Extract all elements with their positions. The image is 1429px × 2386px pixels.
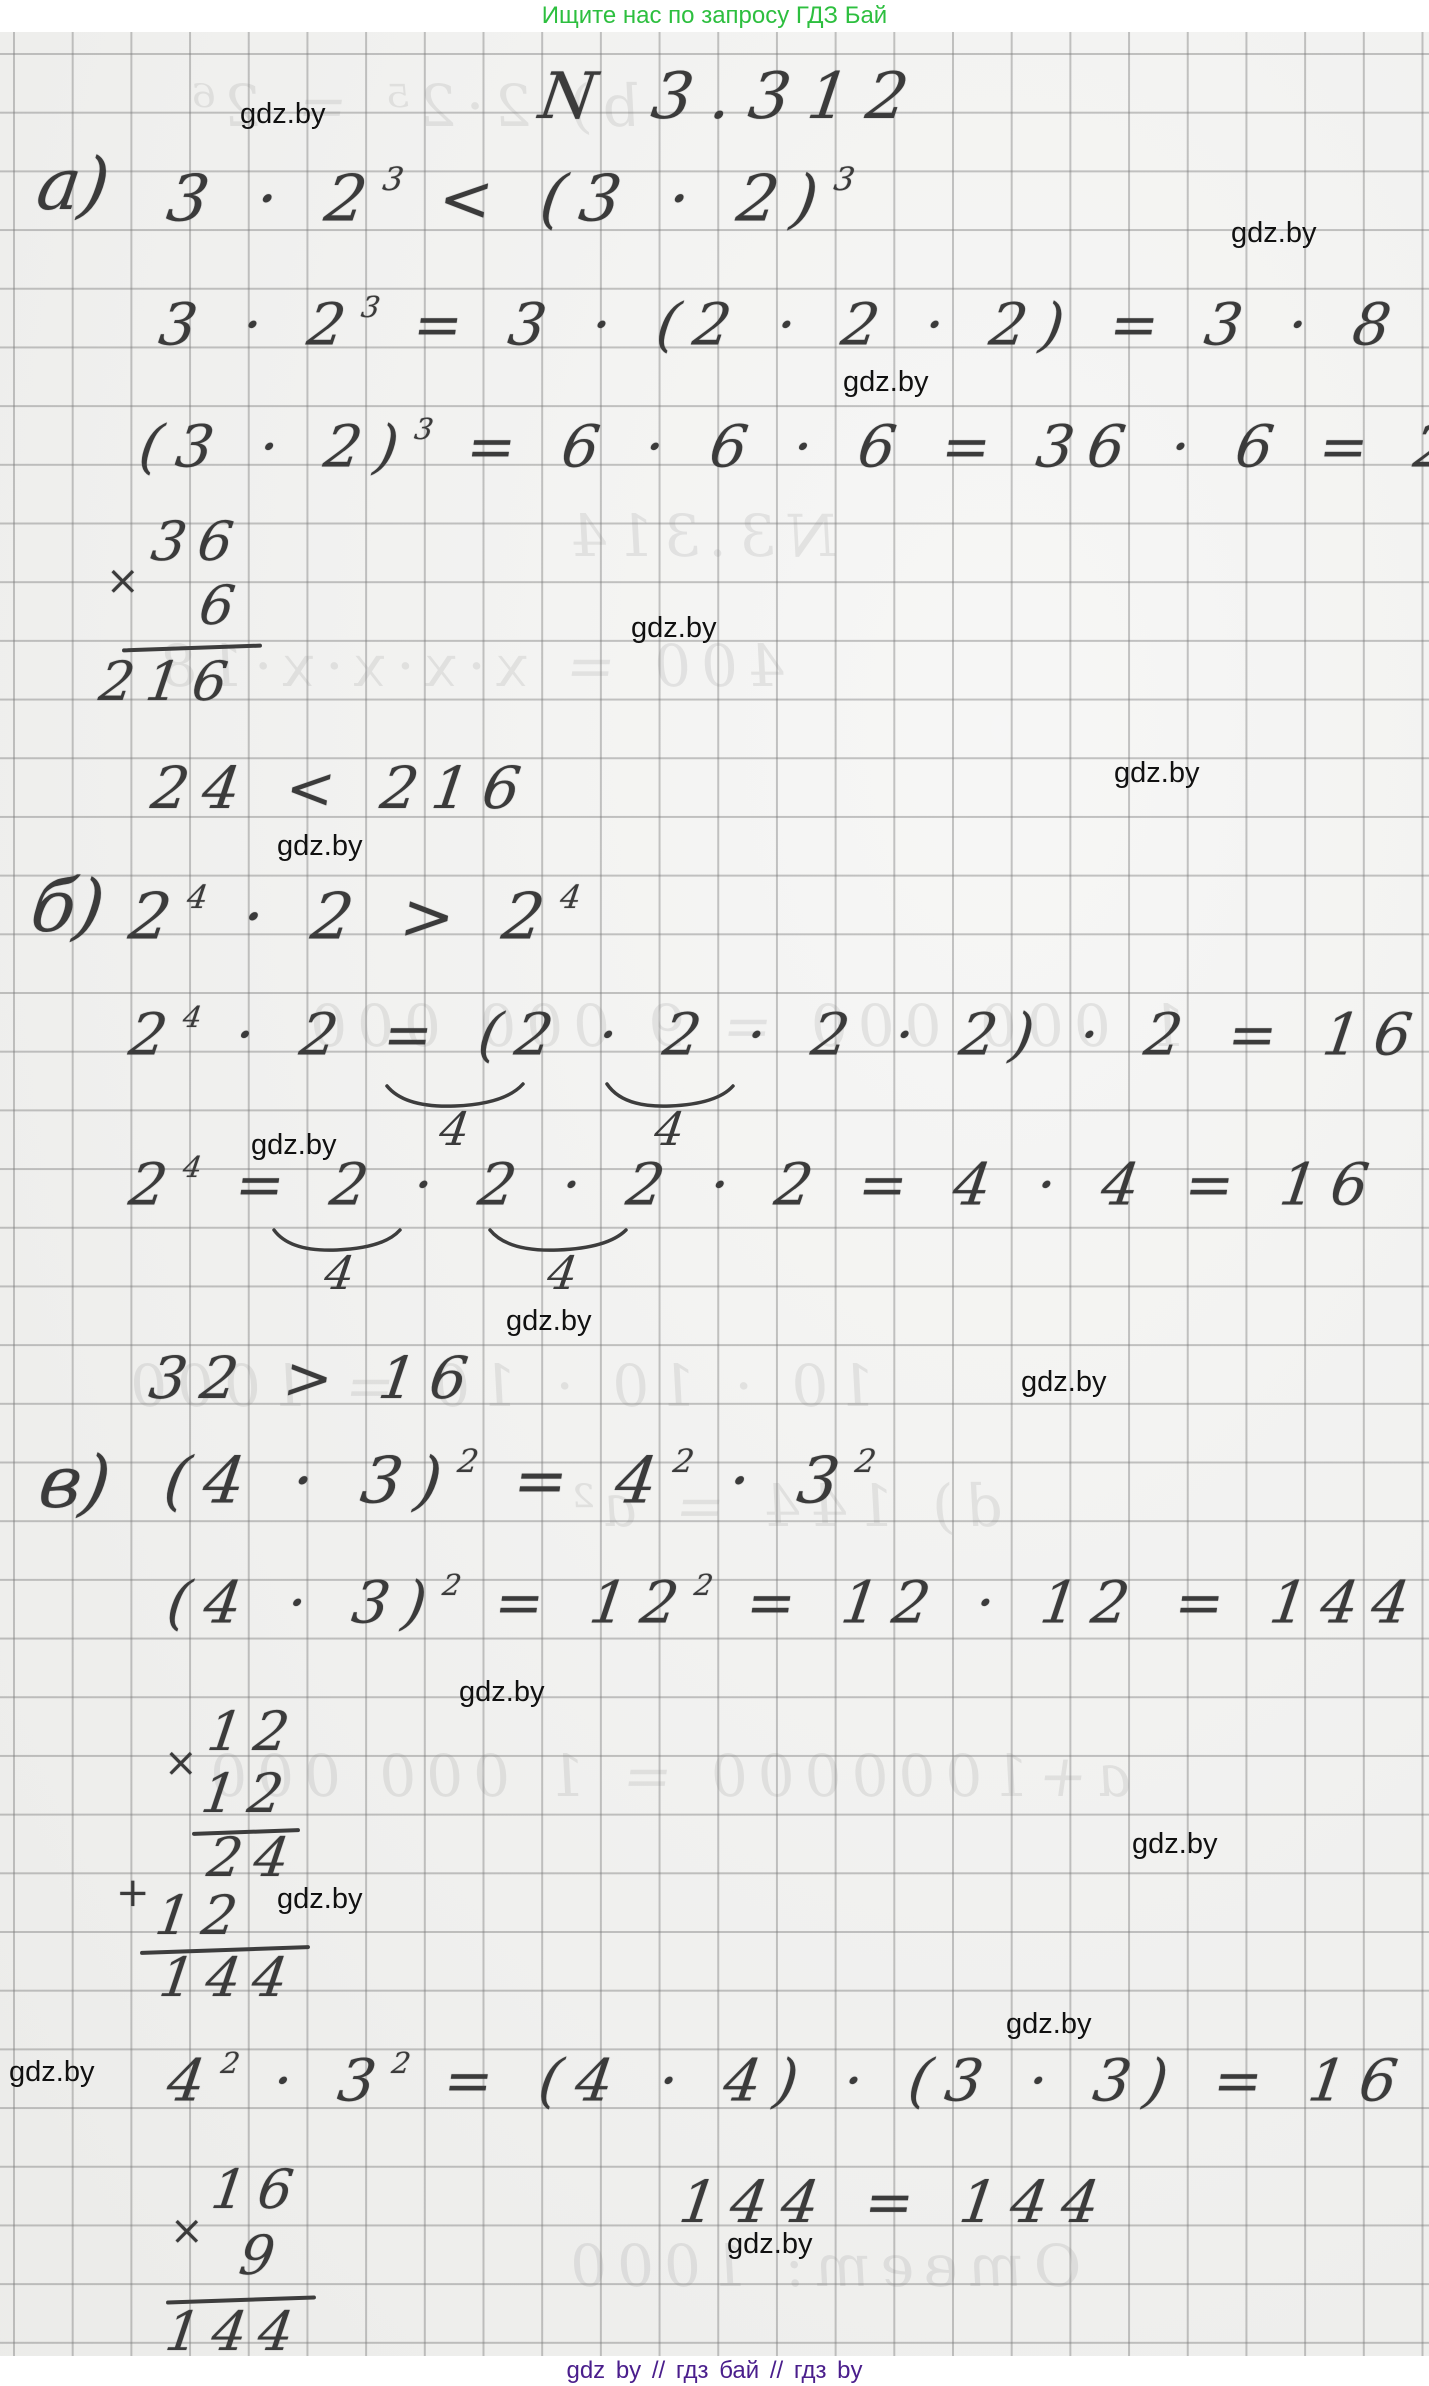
show-through-text: Ответ: 1000 bbox=[555, 2232, 1086, 2300]
part-a-label: а) bbox=[32, 142, 115, 226]
part-b-conclusion: 32 > 16 bbox=[145, 1344, 486, 1412]
multiplier: 9 bbox=[236, 2224, 291, 2287]
multiply-sign: × bbox=[164, 1740, 198, 1786]
watermark: gdz.by bbox=[631, 612, 716, 645]
part-v-statement: (4 · 3)2 = 42 · 32 bbox=[160, 1442, 883, 1518]
brace-label: 4 bbox=[436, 1102, 473, 1156]
part-v-label: в) bbox=[34, 1440, 116, 1524]
show-through-text: N3.314 bbox=[555, 502, 841, 570]
search-banner: Ищите нас по запросу ГДЗ Бай bbox=[0, 0, 1429, 32]
watermark: gdz.by bbox=[1114, 757, 1199, 790]
part-b-label: б) bbox=[26, 864, 110, 948]
partial-product-2: 12 bbox=[152, 1884, 254, 1947]
exercise-title: N 3.312 bbox=[535, 60, 931, 134]
multiply-sign: × bbox=[170, 2208, 204, 2254]
watermark: gdz.by bbox=[1231, 217, 1316, 250]
multiply-sign: × bbox=[106, 558, 140, 604]
product: 216 bbox=[96, 650, 244, 713]
watermark: gdz.by bbox=[277, 1883, 362, 1916]
multiplicand: 16 bbox=[208, 2158, 310, 2221]
show-through-text: a+1000000 = 1 000 000 bbox=[195, 1742, 1137, 1810]
watermark: gdz.by bbox=[277, 830, 362, 863]
partial-product-1: 24 bbox=[204, 1826, 306, 1889]
multiplicand: 36 bbox=[148, 510, 250, 573]
part-b-step-1: 24 · 2 = (2 · 2 · 2 · 2) · 2 = 16 · 2 = … bbox=[125, 1000, 1429, 1069]
watermark: gdz.by bbox=[9, 2056, 94, 2089]
watermark: gdz.by bbox=[240, 98, 325, 131]
site-footer-banner: gdz by // гдз бай // гдз by bbox=[0, 2356, 1429, 2386]
brace-label: 4 bbox=[321, 1246, 358, 1300]
part-a-step-2: (3 · 2)3 = 6 · 6 · 6 = 36 · 6 = 216 bbox=[135, 412, 1429, 481]
plus-sign: + bbox=[116, 1870, 150, 1916]
part-a-conclusion: 24 < 216 bbox=[147, 754, 539, 822]
watermark: gdz.by bbox=[251, 1129, 336, 1162]
watermark: gdz.by bbox=[1132, 1828, 1217, 1861]
part-a-step-1: 3 · 23 = 3 · (2 · 2 · 2) = 3 · 8 = 24 bbox=[155, 290, 1429, 359]
part-a-statement: 3 · 23 < (3 · 2)3 bbox=[163, 160, 862, 236]
product: 144 bbox=[156, 1946, 304, 2009]
watermark: gdz.by bbox=[727, 2228, 812, 2261]
part-v-step-2: 42 · 32 = (4 · 4) · (3 · 3) = 16 · 9 = 1… bbox=[163, 2046, 1429, 2115]
brace-label: 4 bbox=[651, 1102, 688, 1156]
watermark: gdz.by bbox=[1006, 2008, 1091, 2041]
notebook-page: b) 2·2⁵ = 2⁶ N3.314 400 = x·x·x·x·18 1 0… bbox=[0, 32, 1429, 2356]
product: 144 bbox=[162, 2300, 310, 2356]
multiplier: 6 bbox=[196, 574, 251, 637]
watermark: gdz.by bbox=[843, 366, 928, 399]
part-v-conclusion: 144 = 144 bbox=[675, 2168, 1117, 2236]
part-b-statement: 24 · 2 > 24 bbox=[125, 878, 588, 954]
part-v-step-1: (4 · 3)2 = 122 = 12 · 12 = 144 bbox=[163, 1568, 1428, 1637]
watermark: gdz.by bbox=[1021, 1366, 1106, 1399]
watermark: gdz.by bbox=[506, 1305, 591, 1338]
brace-label: 4 bbox=[544, 1246, 581, 1300]
multiplicand: 12 bbox=[204, 1700, 306, 1763]
multiplier: 12 bbox=[198, 1762, 300, 1825]
watermark: gdz.by bbox=[459, 1676, 544, 1709]
